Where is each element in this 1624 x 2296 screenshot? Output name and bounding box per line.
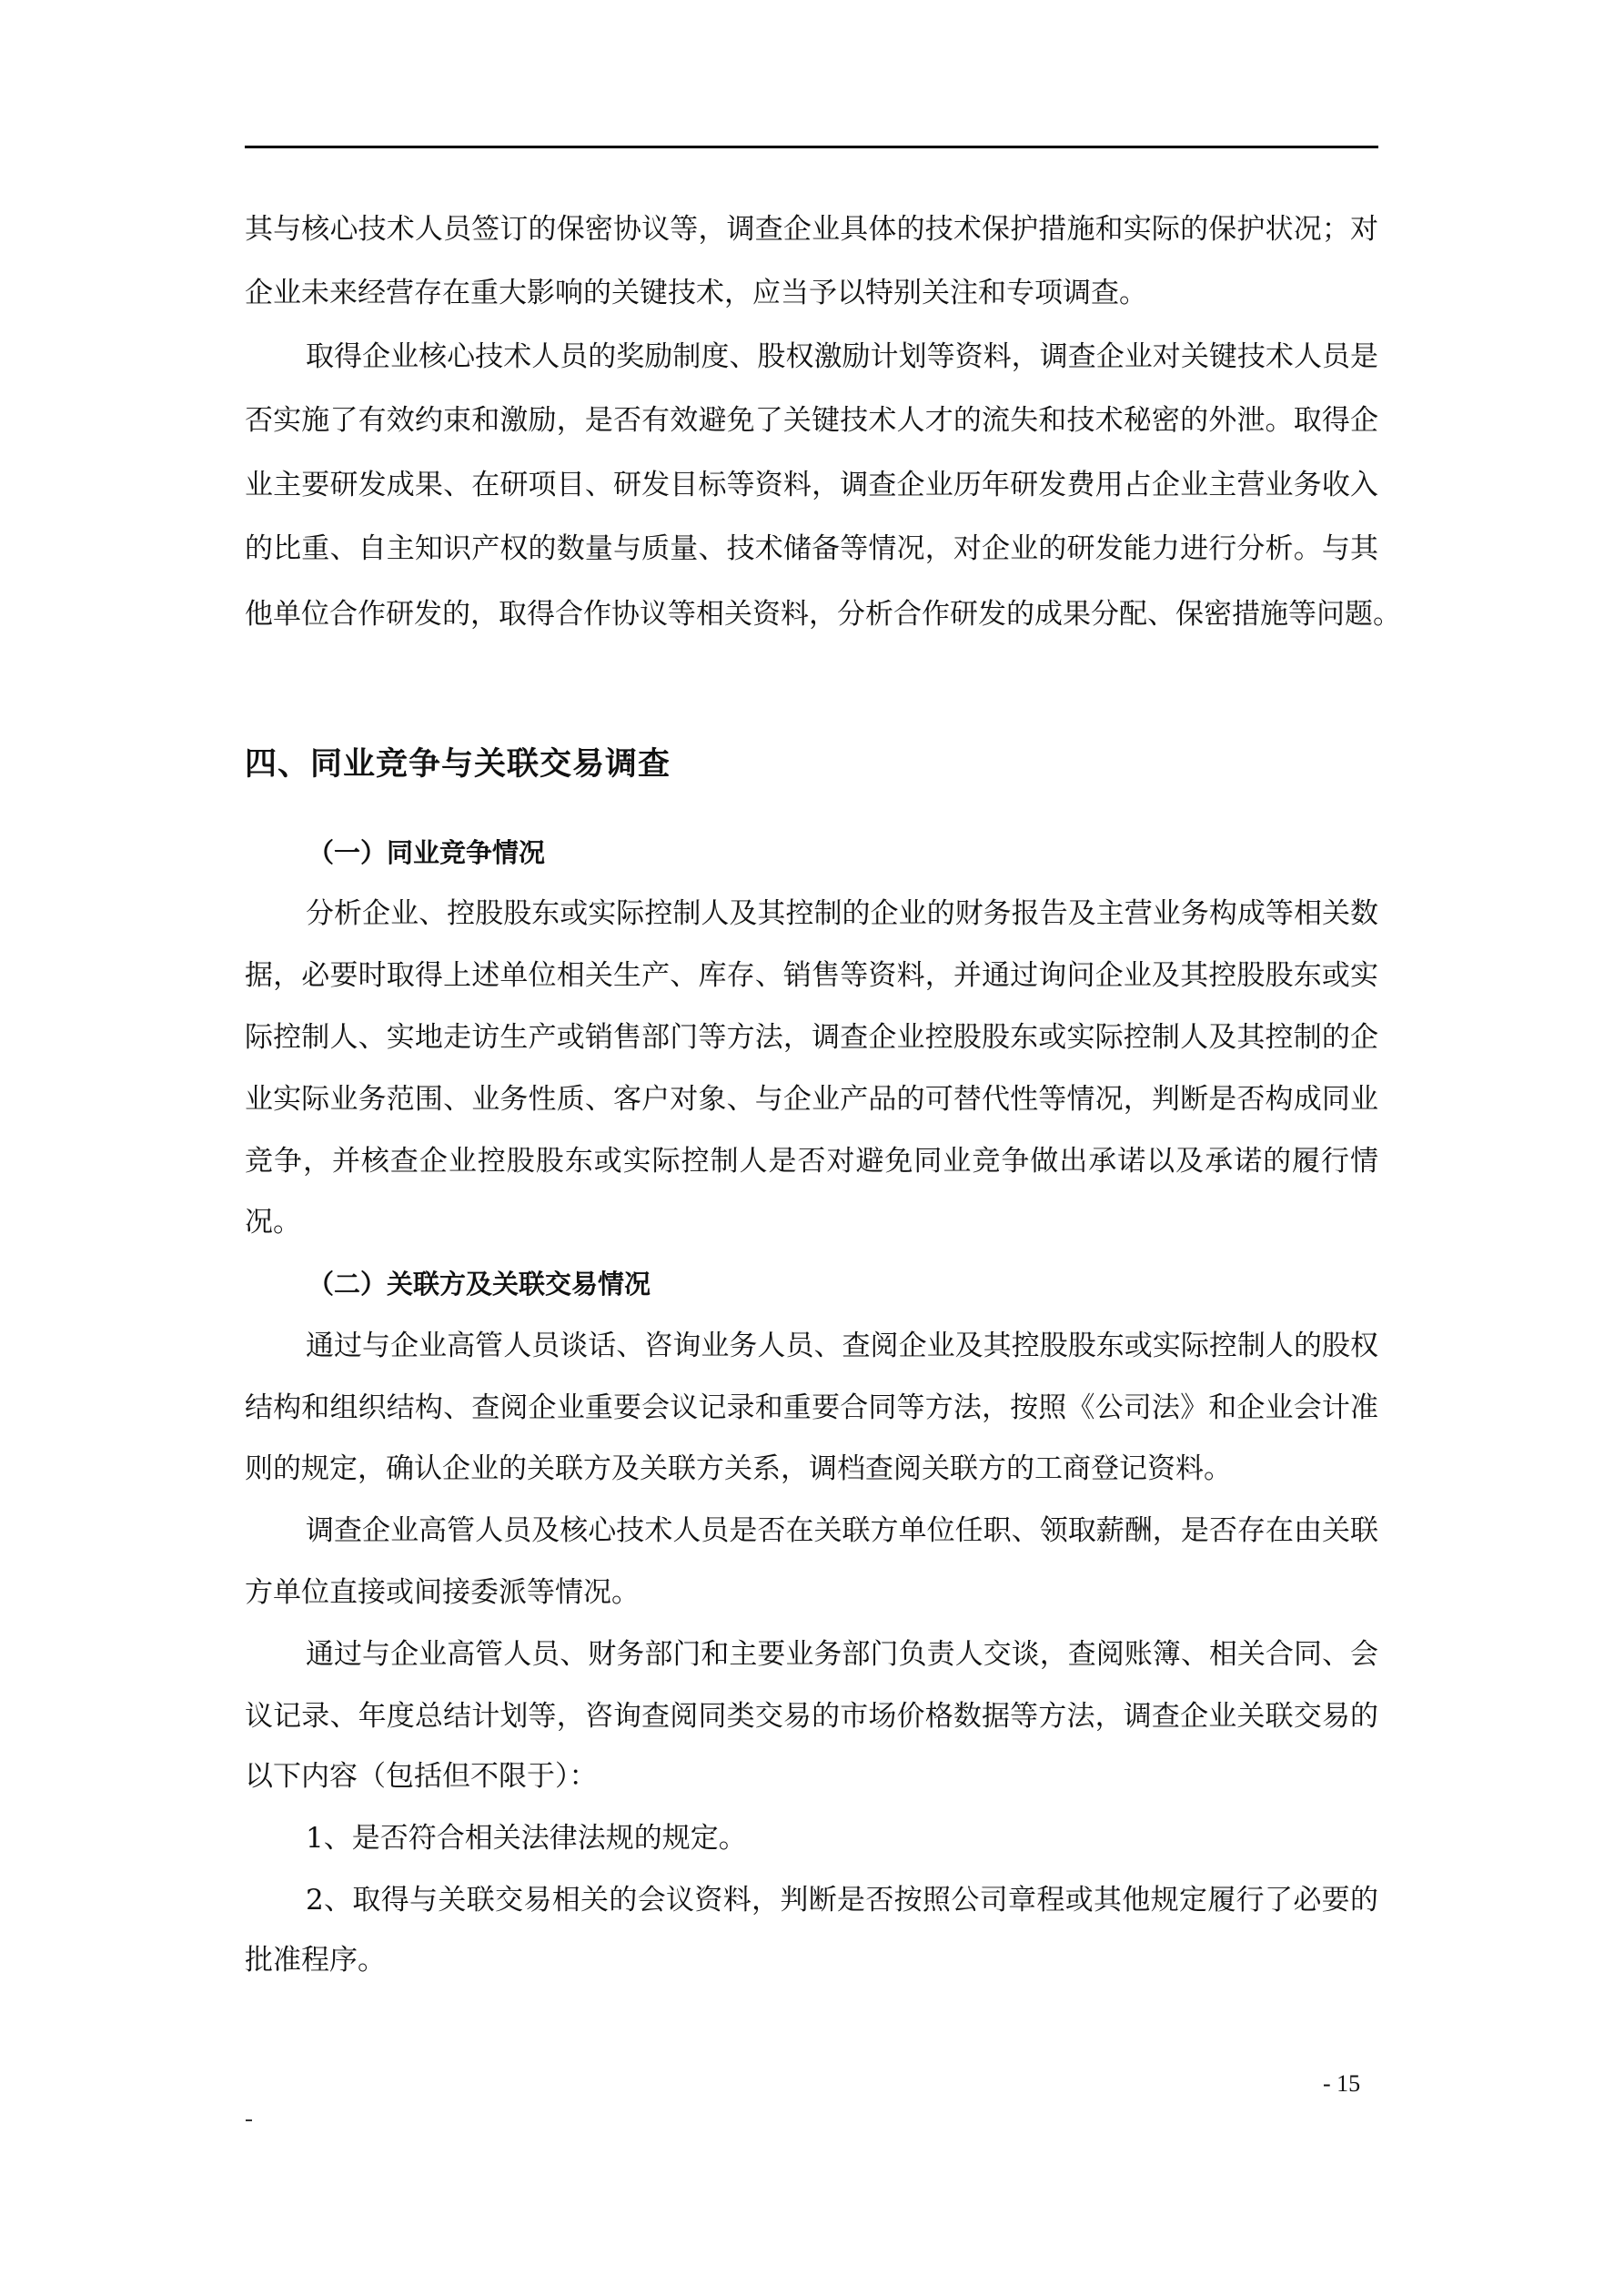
text-line: 否实施了有效约束和激励，是否有效避免了关键技术人才的流失和技术秘密的外泄。取得企 — [245, 402, 1378, 439]
text-line: 取得企业核心技术人员的奖励制度、股权激励计划等资料，调查企业对关键技术人员是 — [306, 339, 1378, 375]
text-line: 结构和组织结构、查阅企业重要会议记录和重要合同等方法，按照《公司法》和企业会计准 — [245, 1390, 1378, 1426]
text-line: 分析企业、控股股东或实际控制人及其控制的企业的财务报告及主营业务构成等相关数 — [306, 895, 1378, 932]
header-rule — [245, 146, 1378, 148]
text-line: 通过与企业高管人员谈话、咨询业务人员、查阅企业及其控股股东或实际控制人的股权 — [306, 1328, 1378, 1364]
text-line: 议记录、年度总结计划等，咨询查阅同类交易的市场价格数据等方法，调查企业关联交易的 — [245, 1698, 1378, 1735]
text-line: 方单位直接或间接委派等情况。 — [245, 1574, 1378, 1611]
page-number: - 15 — [1323, 2069, 1360, 2099]
text-line: 企业未来经营存在重大影响的关键技术，应当予以特别关注和专项调查。 — [245, 275, 1378, 311]
text-line: 的比重、自主知识产权的数量与质量、技术储备等情况，对企业的研发能力进行分析。与其 — [245, 531, 1378, 567]
subsection-heading-1: （一）同业竞争情况 — [308, 834, 545, 871]
list-item-1: 1、是否符合相关法律法规的规定。 — [306, 1820, 1378, 1856]
list-item-2-continued: 批准程序。 — [245, 1942, 1378, 1978]
list-item-2: 2、取得与关联交易相关的会议资料，判断是否按照公司章程或其他规定履行了必要的 — [306, 1882, 1378, 1918]
section-heading: 四、同业竞争与关联交易调查 — [245, 744, 671, 784]
text-line: 业实际业务范围、业务性质、客户对象、与企业产品的可替代性等情况，判断是否构成同业 — [245, 1081, 1378, 1118]
text-line: 竞争，并核查企业控股股东或实际控制人是否对避免同业竞争做出承诺以及承诺的履行情 — [245, 1143, 1378, 1179]
text-line: 况。 — [245, 1204, 1378, 1240]
text-line: 以下内容（包括但不限于）： — [245, 1758, 1378, 1795]
text-line: 调查企业高管人员及核心技术人员是否在关联方单位任职、领取薪酬，是否存在由关联 — [306, 1512, 1378, 1549]
text-line: 则的规定，确认企业的关联方及关联方关系，调档查阅关联方的工商登记资料。 — [245, 1451, 1378, 1487]
text-line: 其与核心技术人员签订的保密协议等，调查企业具体的技术保护措施和实际的保护状况；对 — [245, 211, 1378, 248]
text-line: 际控制人、实地走访生产或销售部门等方法，调查企业控股股东或实际控制人及其控制的企 — [245, 1019, 1378, 1056]
text-line: 业主要研发成果、在研项目、研发目标等资料，调查企业历年研发费用占企业主营业务收入 — [245, 467, 1378, 503]
subsection-heading-2: （二）关联方及关联交易情况 — [308, 1266, 651, 1302]
text-line: 他单位合作研发的，取得合作协议等相关资料，分析合作研发的成果分配、保密措施等问题… — [245, 596, 1378, 632]
text-line: 据，必要时取得上述单位相关生产、库存、销售等资料，并通过询问企业及其控股股东或实 — [245, 957, 1378, 994]
text-line: 通过与企业高管人员、财务部门和主要业务部门负责人交谈，查阅账簿、相关合同、会 — [306, 1636, 1378, 1673]
footer-mark — [246, 2119, 252, 2121]
